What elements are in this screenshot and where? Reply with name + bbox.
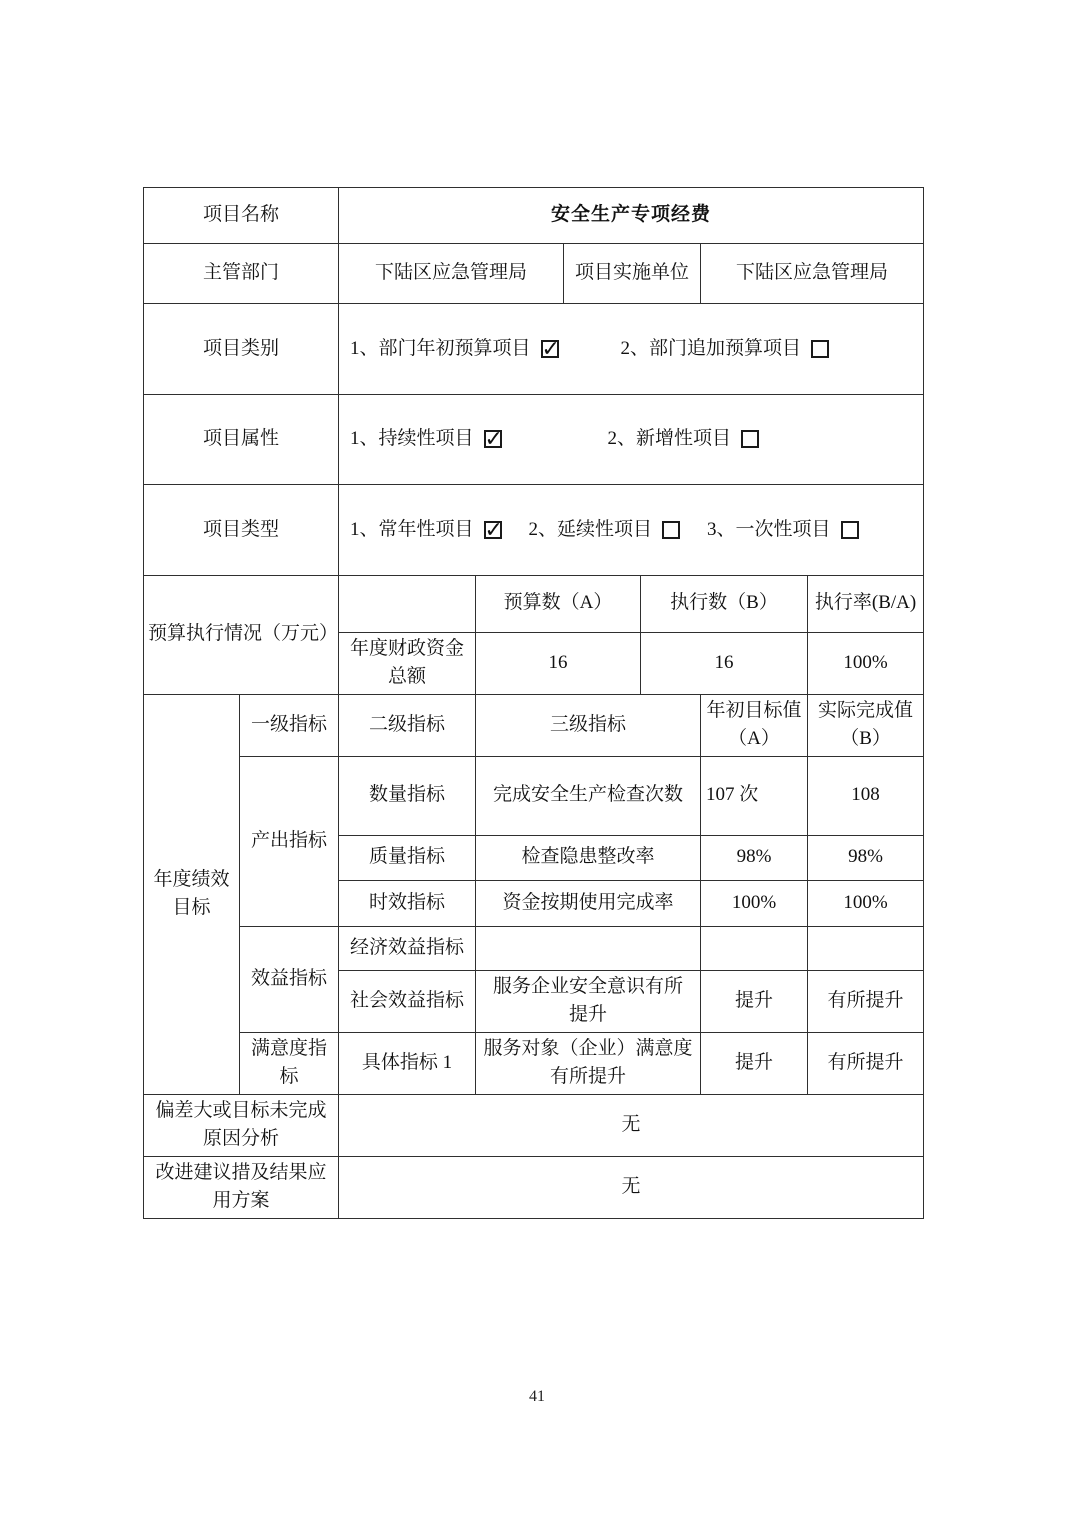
impl-unit-label: 项目实施单位 — [564, 244, 701, 304]
timeliness-label: 时效指标 — [339, 880, 476, 926]
option-label: 3、一次性项目 — [707, 516, 831, 545]
dept-label: 主管部门 — [144, 244, 339, 304]
timeliness-l3: 资金按期使用完成率 — [476, 880, 701, 926]
deviation-label: 偏差大或目标未完成 原因分析 — [144, 1094, 339, 1156]
satisfaction-target: 提升 — [701, 1032, 808, 1094]
table-container: 项目名称 安全生产专项经费 主管部门 下陆区应急管理局 项目实施单位 下陆区应急… — [143, 187, 924, 1219]
budget-value: 16 — [476, 632, 641, 694]
satisfaction-group-label: 满意度指 标 — [240, 1032, 339, 1094]
checkbox-unchecked-icon — [811, 340, 829, 358]
option-label: 1、部门年初预算项目 — [350, 335, 531, 364]
benefit-group-label: 效益指标 — [240, 926, 339, 1032]
category-option-2: 2、部门追加预算项目 — [621, 335, 830, 364]
satisfaction-actual: 有所提升 — [808, 1032, 924, 1094]
level3-header: 三级指标 — [476, 694, 701, 756]
performance-section-label: 年度绩效 目标 — [144, 694, 240, 1094]
project-type-row: 项目类型 1、常年性项目 2、延续性项目 3、一次性项目 — [144, 485, 924, 576]
improvement-row: 改进建议措及结果应 用方案 无 — [144, 1156, 924, 1218]
quantity-actual: 108 — [808, 756, 924, 835]
timeliness-target: 100% — [701, 880, 808, 926]
quality-actual: 98% — [808, 835, 924, 880]
checkbox-checked-icon — [541, 340, 559, 358]
project-performance-table: 项目名称 安全生产专项经费 主管部门 下陆区应急管理局 项目实施单位 下陆区应急… — [143, 187, 924, 1219]
social-l3: 服务企业安全意识有所 提升 — [476, 970, 701, 1032]
project-name-label: 项目名称 — [144, 188, 339, 244]
indicator-header-row: 年度绩效 目标 一级指标 二级指标 三级指标 年初目标值 （A） 实际完成值 （… — [144, 694, 924, 756]
project-attribute-row: 项目属性 1、持续性项目 2、新增性项目 — [144, 394, 924, 485]
type-option-1: 1、常年性项目 — [350, 516, 502, 545]
checkbox-unchecked-icon — [841, 521, 859, 539]
dept-value: 下陆区应急管理局 — [339, 244, 564, 304]
option-label: 2、新增性项目 — [608, 425, 732, 454]
checkbox-unchecked-icon — [741, 430, 759, 448]
exec-value: 16 — [641, 632, 808, 694]
output-group-label: 产出指标 — [240, 756, 339, 926]
quality-label: 质量指标 — [339, 835, 476, 880]
improvement-value: 无 — [339, 1156, 924, 1218]
economic-target — [701, 926, 808, 970]
deviation-value: 无 — [339, 1094, 924, 1156]
project-name-value: 安全生产专项经费 — [339, 188, 924, 244]
economic-indicator-row: 效益指标 经济效益指标 — [144, 926, 924, 970]
project-name-row: 项目名称 安全生产专项经费 — [144, 188, 924, 244]
project-attribute-label: 项目属性 — [144, 394, 339, 485]
economic-actual — [808, 926, 924, 970]
attribute-option-1: 1、持续性项目 — [350, 425, 502, 454]
attribute-option-2: 2、新增性项目 — [608, 425, 760, 454]
satisfaction-label: 具体指标 1 — [339, 1032, 476, 1094]
improvement-label: 改进建议措及结果应 用方案 — [144, 1156, 339, 1218]
project-attribute-options: 1、持续性项目 2、新增性项目 — [339, 394, 924, 485]
project-category-row: 项目类别 1、部门年初预算项目 2、部门追加预算项目 — [144, 304, 924, 395]
checkbox-checked-icon — [484, 521, 502, 539]
social-label: 社会效益指标 — [339, 970, 476, 1032]
type-option-2: 2、延续性项目 — [529, 516, 681, 545]
page-number: 41 — [0, 1388, 1074, 1406]
project-type-label: 项目类型 — [144, 485, 339, 576]
timeliness-actual: 100% — [808, 880, 924, 926]
option-label: 1、常年性项目 — [350, 516, 474, 545]
exec-col-header: 执行数（B） — [641, 575, 808, 632]
option-label: 1、持续性项目 — [350, 425, 474, 454]
checkbox-checked-icon — [484, 430, 502, 448]
annual-funds-label: 年度财政资金 总额 — [339, 632, 476, 694]
project-category-label: 项目类别 — [144, 304, 339, 395]
actual-header: 实际完成值 （B） — [808, 694, 924, 756]
satisfaction-indicator-row: 满意度指 标 具体指标 1 服务对象（企业）满意度 有所提升 提升 有所提升 — [144, 1032, 924, 1094]
rate-value: 100% — [808, 632, 924, 694]
social-actual: 有所提升 — [808, 970, 924, 1032]
project-type-options: 1、常年性项目 2、延续性项目 3、一次性项目 — [339, 485, 924, 576]
budget-section-label: 预算执行情况（万元） — [144, 575, 339, 694]
option-label: 2、延续性项目 — [529, 516, 653, 545]
checkbox-unchecked-icon — [662, 521, 680, 539]
quality-target: 98% — [701, 835, 808, 880]
quantity-target: 107 次 — [701, 756, 808, 835]
quantity-l3: 完成安全生产检查次数 — [476, 756, 701, 835]
category-option-1: 1、部门年初预算项目 — [350, 335, 559, 364]
quantity-indicator-row: 产出指标 数量指标 完成安全生产检查次数 107 次 108 — [144, 756, 924, 835]
economic-label: 经济效益指标 — [339, 926, 476, 970]
budget-col-header: 预算数（A） — [476, 575, 641, 632]
level1-header: 一级指标 — [240, 694, 339, 756]
rate-col-header: 执行率(B/A) — [808, 575, 924, 632]
budget-header-row: 预算执行情况（万元） 预算数（A） 执行数（B） 执行率(B/A) — [144, 575, 924, 632]
document-page: 项目名称 安全生产专项经费 主管部门 下陆区应急管理局 项目实施单位 下陆区应急… — [0, 0, 1074, 1520]
department-row: 主管部门 下陆区应急管理局 项目实施单位 下陆区应急管理局 — [144, 244, 924, 304]
social-target: 提升 — [701, 970, 808, 1032]
quality-l3: 检查隐患整改率 — [476, 835, 701, 880]
type-option-3: 3、一次性项目 — [707, 516, 859, 545]
target-header: 年初目标值 （A） — [701, 694, 808, 756]
quantity-label: 数量指标 — [339, 756, 476, 835]
option-label: 2、部门追加预算项目 — [621, 335, 802, 364]
level2-header: 二级指标 — [339, 694, 476, 756]
economic-l3 — [476, 926, 701, 970]
project-category-options: 1、部门年初预算项目 2、部门追加预算项目 — [339, 304, 924, 395]
budget-empty-cell — [339, 575, 476, 632]
deviation-row: 偏差大或目标未完成 原因分析 无 — [144, 1094, 924, 1156]
satisfaction-l3: 服务对象（企业）满意度 有所提升 — [476, 1032, 701, 1094]
impl-unit-value: 下陆区应急管理局 — [701, 244, 924, 304]
